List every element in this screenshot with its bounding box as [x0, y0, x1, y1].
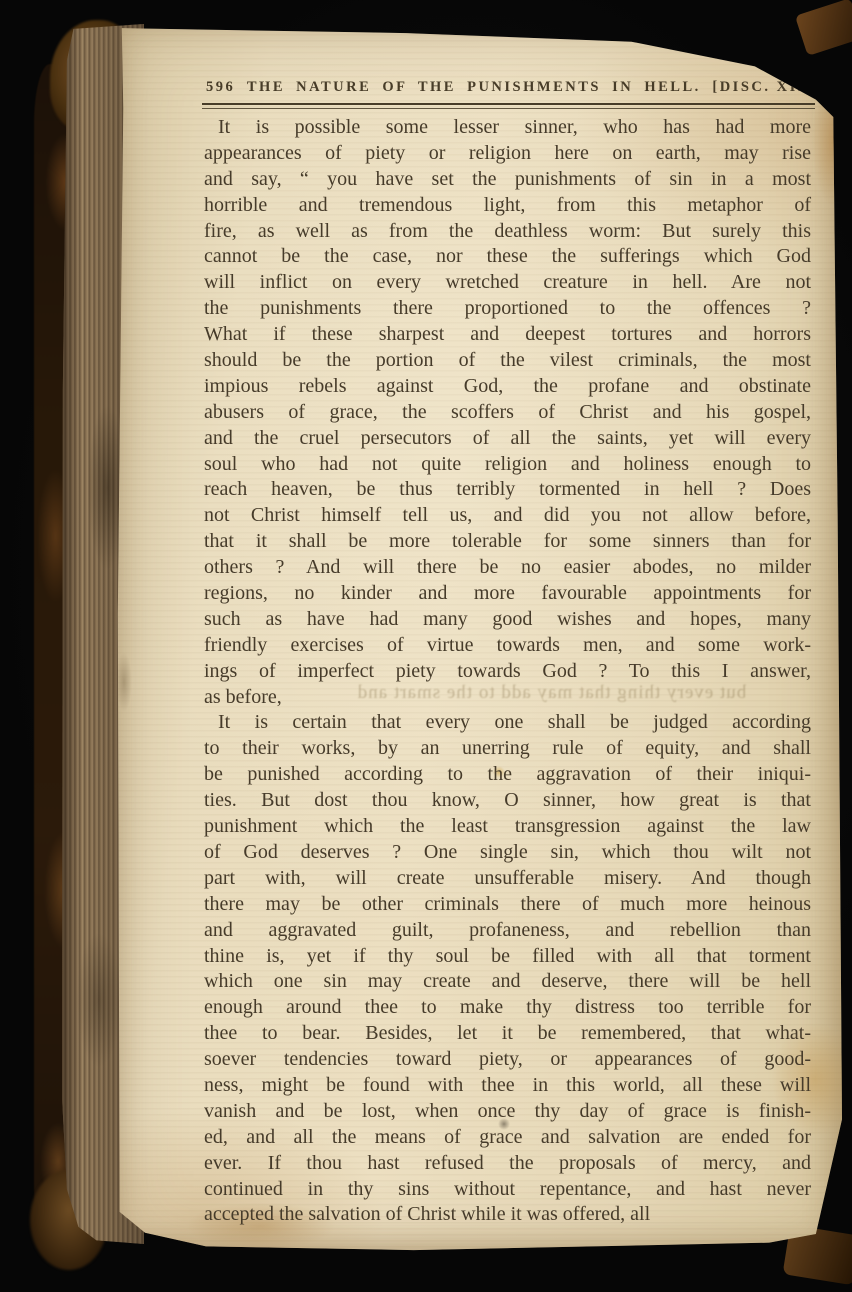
- text-line: fire, as well as from the deathless worm…: [204, 219, 811, 245]
- text-line: which one sin may create and deserve, th…: [204, 969, 811, 995]
- text-line: ever. If thou hast refused the proposals…: [204, 1151, 811, 1177]
- text-line: that it shall be more tolerable for some…: [204, 529, 811, 555]
- book-photo: 596 THE NATURE OF THE PUNISHMENTS IN HEL…: [0, 0, 852, 1292]
- text-line: What if these sharpest and deepest tortu…: [204, 322, 811, 348]
- text-line: not Christ himself tell us, and did you …: [204, 503, 811, 529]
- page-number: 596: [206, 79, 235, 96]
- text-line: part with, will create unsufferable mise…: [204, 866, 811, 892]
- cover-corner-top-right: [795, 0, 852, 56]
- section-label: [DISC. XII.: [712, 79, 812, 96]
- text-line: soul who had not quite religion and holi…: [204, 452, 811, 478]
- text-line: cannot be the case, nor these the suffer…: [204, 244, 811, 270]
- text-line: thine is, yet if thy soul be filled with…: [204, 944, 811, 970]
- text-line: ed, and all the means of grace and salva…: [204, 1125, 811, 1151]
- text-line: regions, no kinder and more favourable a…: [204, 581, 811, 607]
- running-title: THE NATURE OF THE PUNISHMENTS IN HELL.: [247, 79, 701, 96]
- text-line: and say, “ you have set the punishments …: [204, 167, 811, 193]
- text-line: friendly exercises of virtue towards men…: [204, 633, 811, 659]
- text-line: It is possible some lesser sinner, who h…: [204, 115, 811, 141]
- paper-stain: [406, 22, 576, 38]
- paragraph-1: It is possible some lesser sinner, who h…: [204, 115, 811, 710]
- text-line: ties. But dost thou know, O sinner, how …: [204, 788, 811, 814]
- page-body-text: It is possible some lesser sinner, who h…: [204, 115, 811, 1228]
- text-line: accepted the salvation of Christ while i…: [204, 1202, 811, 1228]
- text-line: and aggravated guilt, profaneness, and r…: [204, 918, 811, 944]
- text-line: enough around thee to make thy distress …: [204, 995, 811, 1021]
- text-line: the punishments there proportioned to th…: [204, 296, 811, 322]
- text-line: should be the portion of the vilest crim…: [204, 348, 811, 374]
- text-line: of God deserves ? One single sin, which …: [204, 840, 811, 866]
- paper-stain: [812, 77, 842, 207]
- text-line: thee to bear. Besides, let it be remembe…: [204, 1021, 811, 1047]
- text-line: there may be other criminals there of mu…: [204, 892, 811, 918]
- text-line: appearances of piety or religion here on…: [204, 141, 811, 167]
- text-line: horrible and tremendous light, from this…: [204, 193, 811, 219]
- text-line: reach heaven, be thus terribly tormented…: [204, 477, 811, 503]
- book-page: 596 THE NATURE OF THE PUNISHMENTS IN HEL…: [116, 22, 842, 1255]
- text-line: and the cruel persecutors of all the sai…: [204, 426, 811, 452]
- show-through-text: but every thing that may add to the smar…: [314, 682, 789, 706]
- text-line: ings of imperfect piety towards God ? To…: [204, 659, 811, 685]
- text-line: abusers of grace, the scoffers of Christ…: [204, 400, 811, 426]
- text-line: to their works, by an unerring rule of e…: [204, 736, 811, 762]
- running-header: 596 THE NATURE OF THE PUNISHMENTS IN HEL…: [206, 79, 812, 96]
- header-double-rule: [202, 103, 815, 109]
- text-line: punishment which the least transgression…: [204, 814, 811, 840]
- paper-stain: [116, 652, 132, 712]
- text-line: It is certain that every one shall be ju…: [204, 710, 811, 736]
- text-line: will inflict on every wretched creature …: [204, 270, 811, 296]
- text-line: others ? And will there be no easier abo…: [204, 555, 811, 581]
- text-line: impious rebels against God, the profane …: [204, 374, 811, 400]
- text-line: soever tendencies toward piety, or appea…: [204, 1047, 811, 1073]
- text-line: vanish and be lost, when once thy day of…: [204, 1099, 811, 1125]
- text-line: be punished according to the aggravation…: [204, 762, 811, 788]
- paragraph-2: It is certain that every one shall be ju…: [204, 710, 811, 1228]
- text-line: continued in thy sins without repentance…: [204, 1177, 811, 1203]
- text-line: such as have had many good wishes and ho…: [204, 607, 811, 633]
- text-line: ness, might be found with thee in this w…: [204, 1073, 811, 1099]
